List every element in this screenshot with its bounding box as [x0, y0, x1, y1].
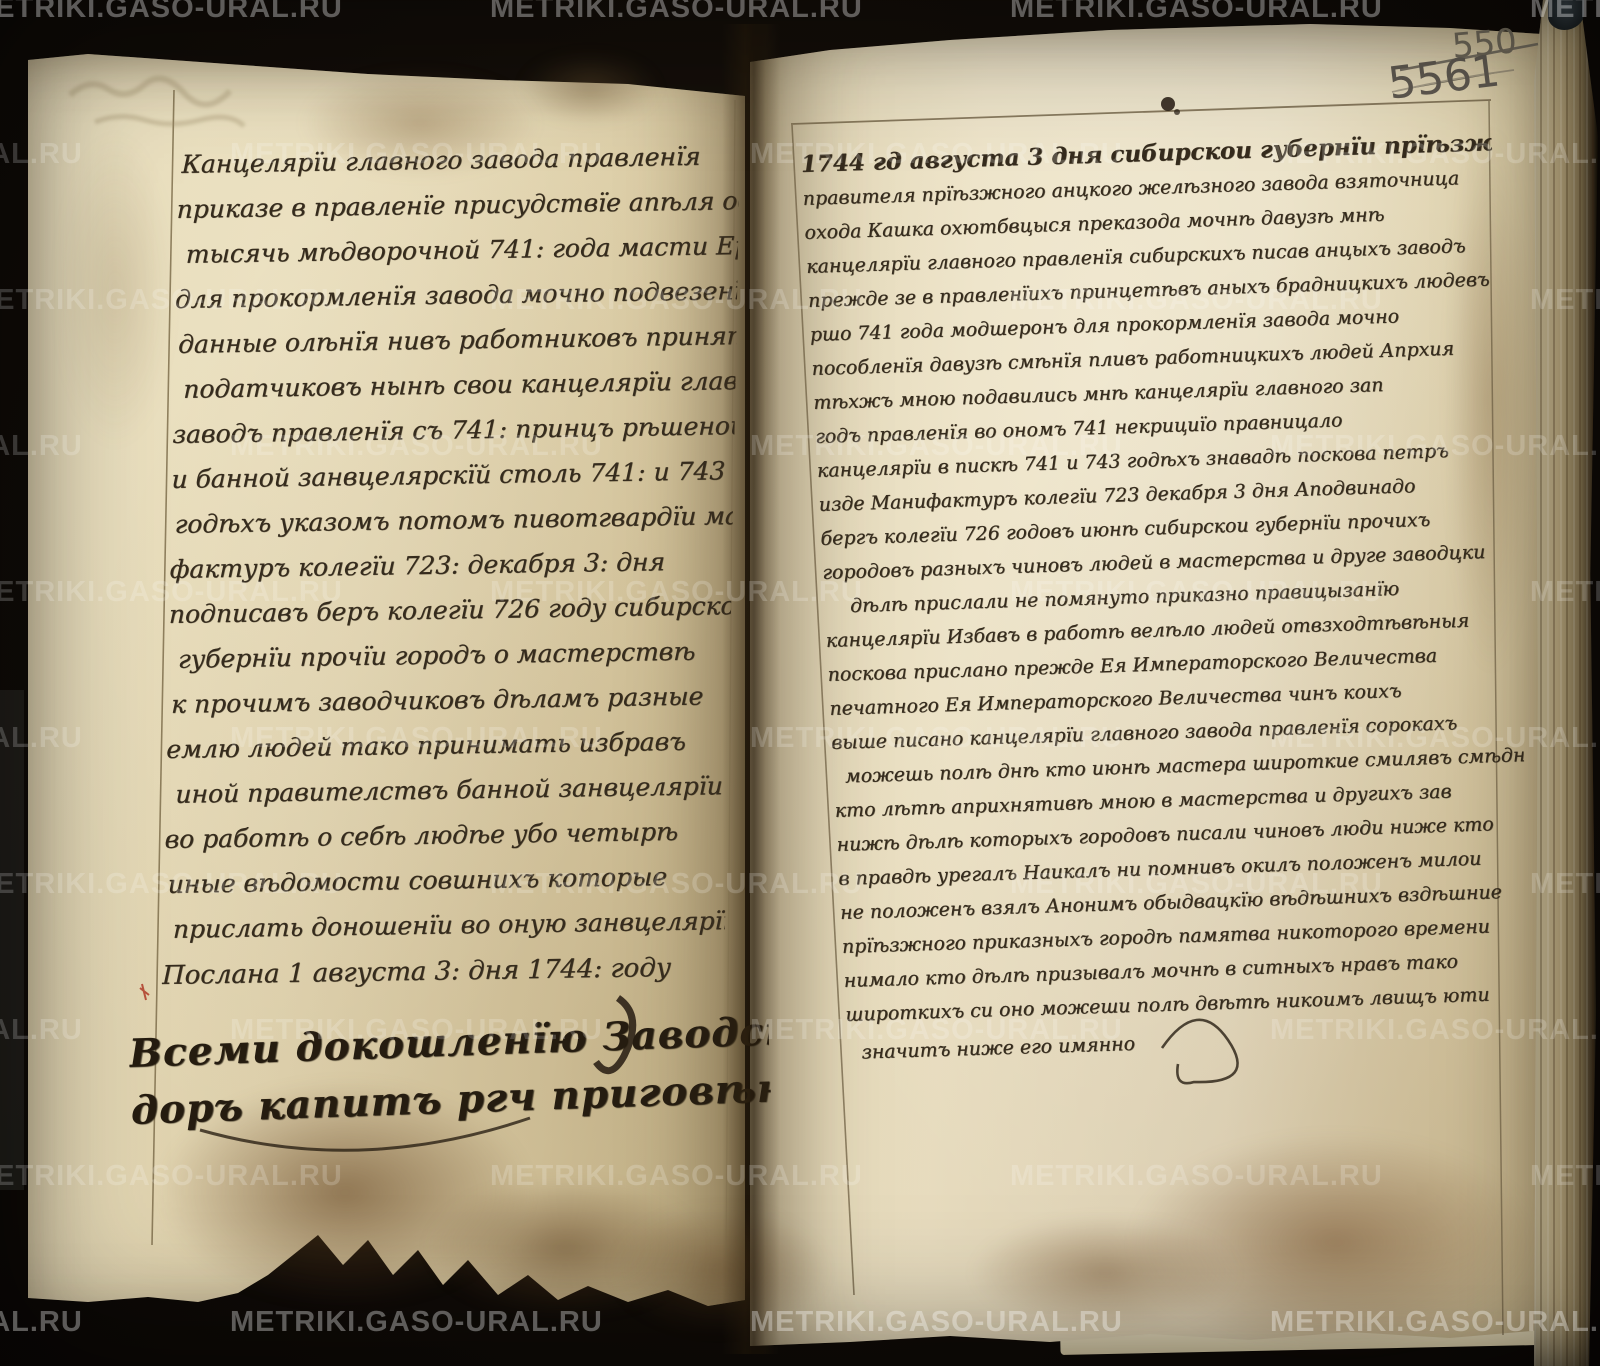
right-page-text-block: 1744 гд августа 3 дня сибирскои губернїи… — [800, 126, 1539, 1070]
manuscript-line: прислать доношенїи во оную занвцелярїю — [172, 898, 725, 952]
manuscript-scan: Канцелярїи главного завода правленїяприк… — [0, 0, 1600, 1366]
watermark-text: METRIKI.GASO-URAL.RU — [1010, 0, 1383, 25]
scanner-edge-sliver — [0, 690, 24, 1190]
left-page-text-block: Канцелярїи главного завода правленїяприк… — [162, 133, 741, 999]
right-page-lines: 1744 гд августа 3 дня сибирскои губернїи… — [800, 126, 1537, 1032]
watermark-text: METRIKI.GASO-URAL.RU — [0, 0, 343, 25]
signature-block: Всеми докошленїю Заводскъ Де доръ капитъ… — [128, 1004, 772, 1140]
watermark-text: METRIKI.GASO-URAL.RU — [490, 0, 863, 25]
watermark-text: METRIKI.GASO-URAL.RU — [230, 1306, 603, 1339]
book-fore-edge — [1534, 0, 1598, 1366]
dispatch-date-line: Послана 1 августа 3: дня 1744: году — [162, 945, 725, 999]
left-page-lines: Канцелярїи главного завода правленїяприк… — [162, 133, 740, 952]
watermark-text: METRIKI.GASO-URAL.RU — [0, 1306, 83, 1339]
